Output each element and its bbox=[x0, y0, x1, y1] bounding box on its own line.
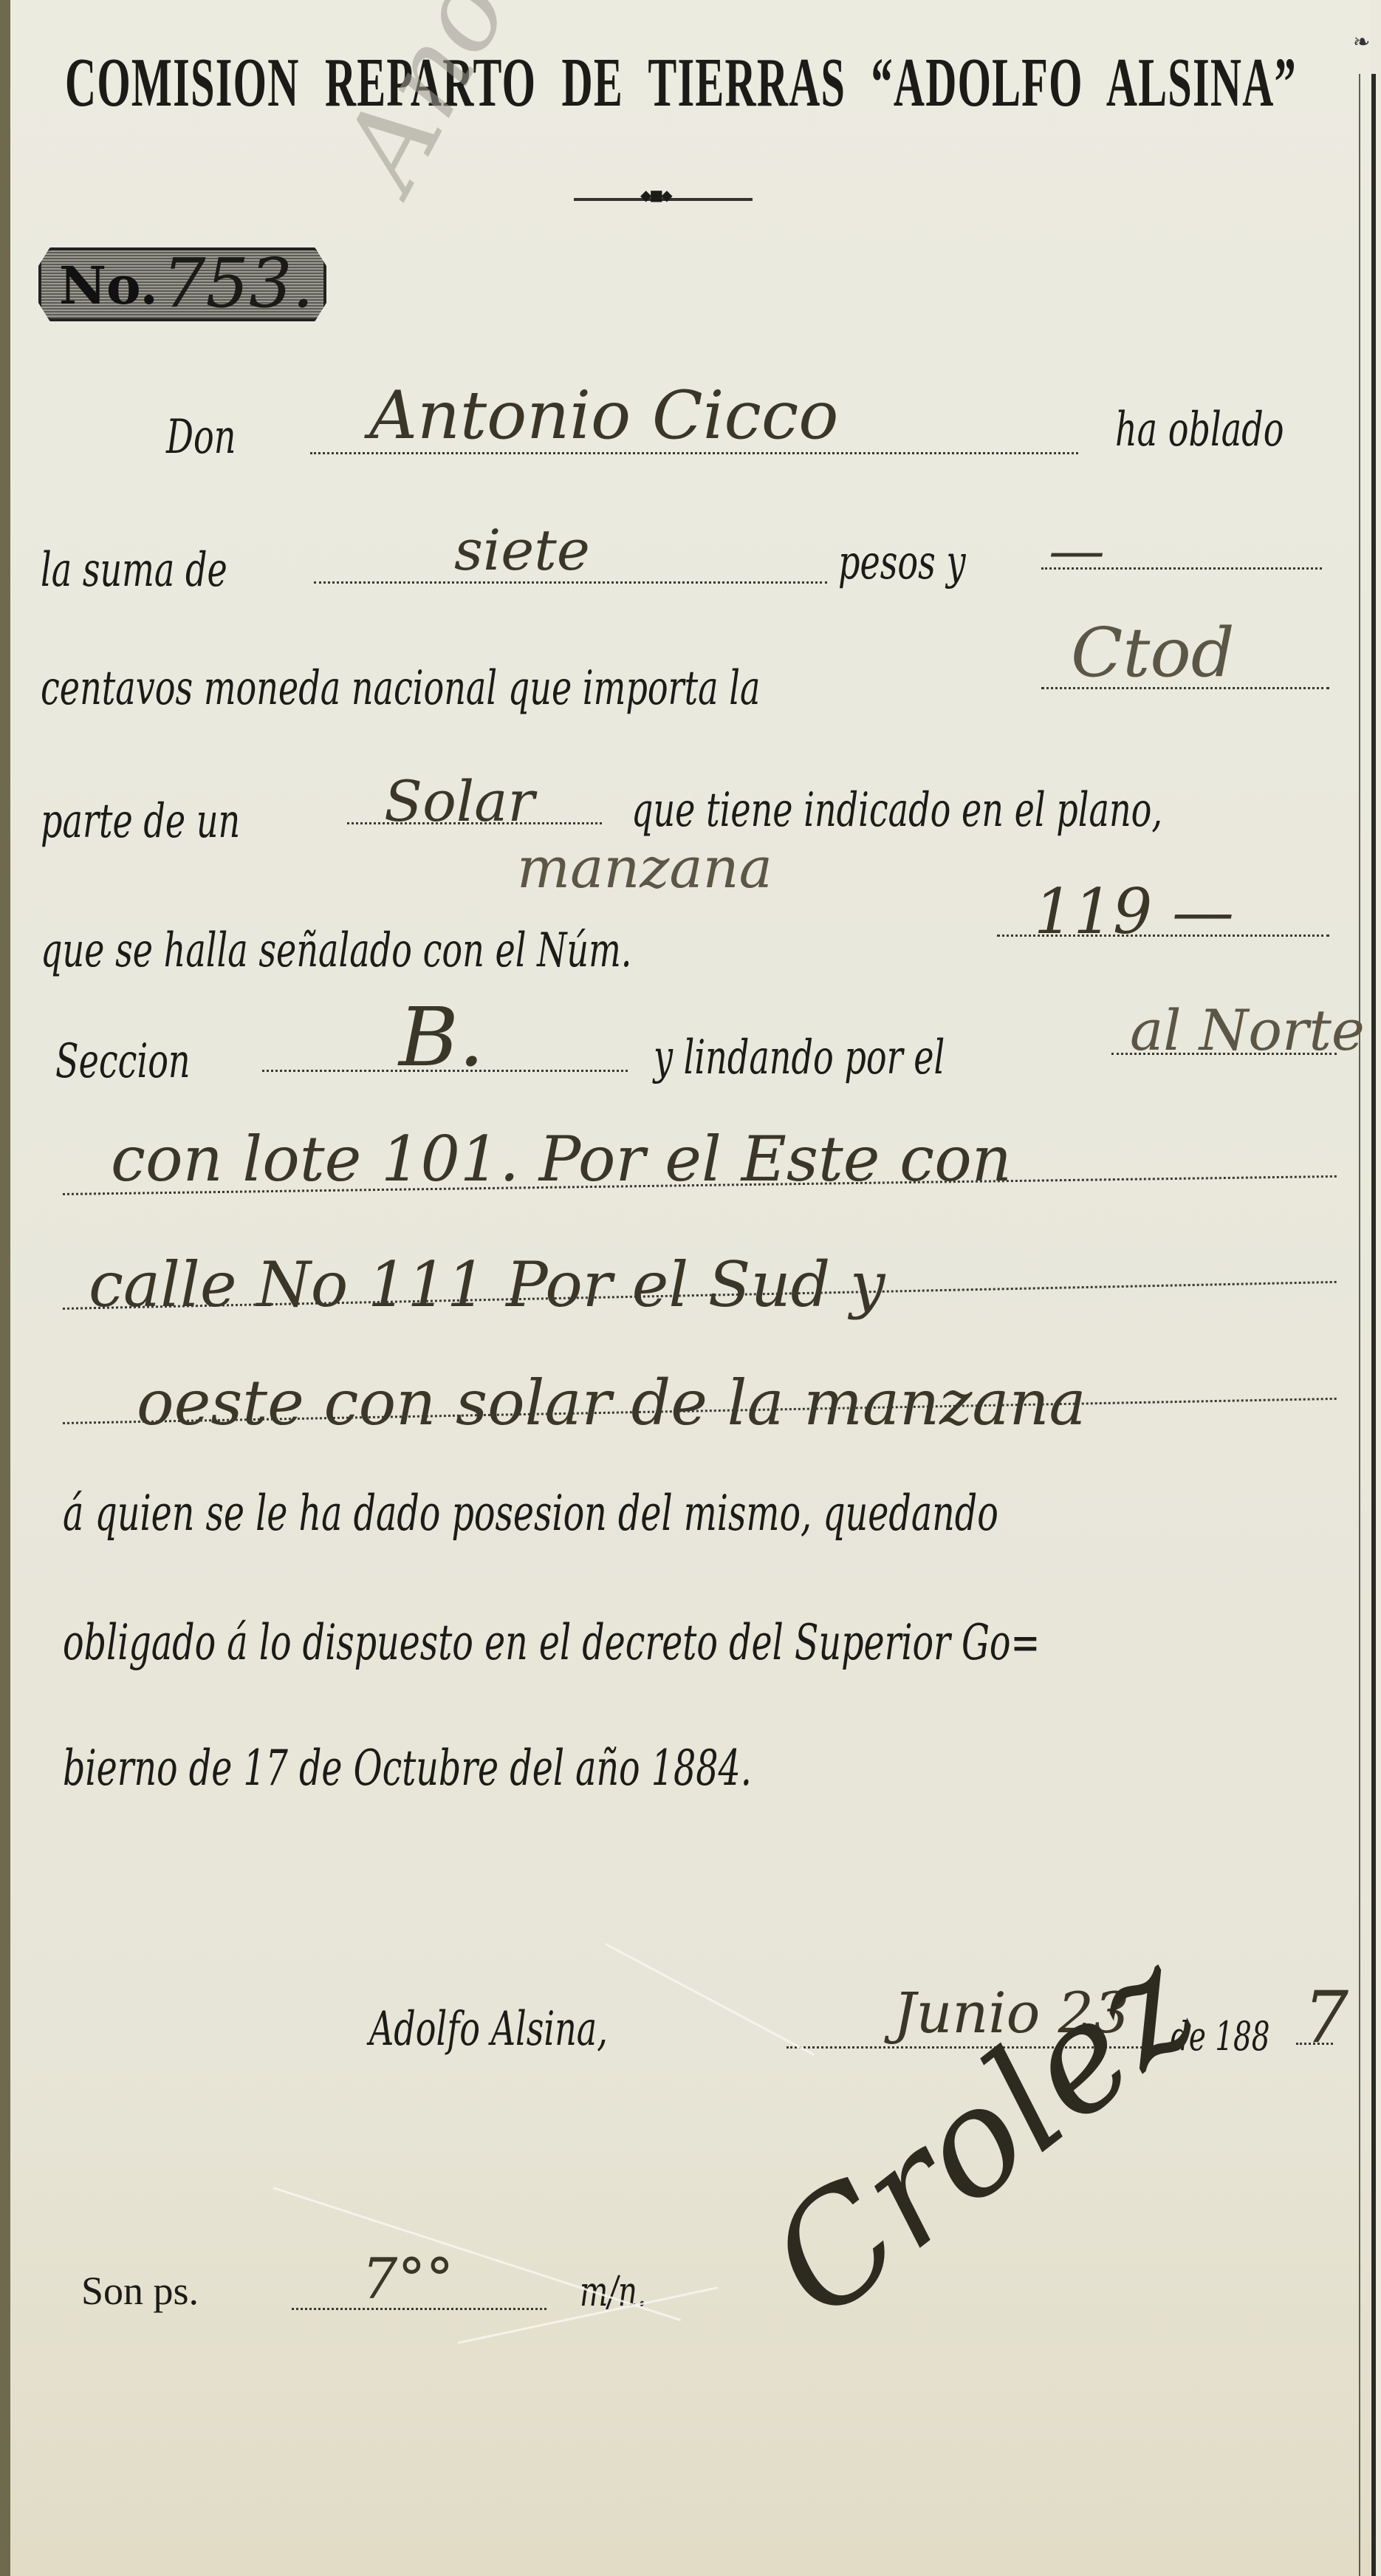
number-badge-value: 753. bbox=[162, 244, 314, 323]
handwritten-section: B. bbox=[399, 990, 484, 1084]
text-posesion: á quien se le ha dado posesion del mismo… bbox=[63, 1485, 998, 1542]
label-ha-oblado: ha oblado bbox=[1115, 403, 1284, 457]
handwritten-cents: — bbox=[1049, 517, 1105, 583]
handwritten-amount: 7°° bbox=[362, 2246, 453, 2312]
label-que-se-halla: que se halla señalado con el Núm. bbox=[41, 923, 631, 978]
handwritten-amount-words: siete bbox=[454, 517, 590, 583]
label-parte-de-un: parte de un bbox=[41, 794, 240, 849]
label-lindando-por-el: y lindando por el bbox=[654, 1031, 945, 1085]
text-obligado: obligado á lo dispuesto en el decreto de… bbox=[63, 1614, 1040, 1671]
text-decreto-fecha: bierno de 17 de Octubre del año 1884. bbox=[63, 1740, 752, 1797]
label-place: Adolfo Alsina, bbox=[369, 2002, 608, 2057]
handwritten-name: Antonio Cicco bbox=[369, 377, 839, 454]
handwritten-boundary-3: calle No 111 Por el Sud y bbox=[89, 1248, 885, 1321]
divider-ornament-icon bbox=[574, 198, 753, 201]
label-que-tiene-indicado: que tiene indicado en el plano, bbox=[631, 783, 1162, 838]
label-pesos-y: pesos y bbox=[838, 536, 965, 590]
margin-rule-thin bbox=[1359, 74, 1360, 2576]
label-seccion: Seccion bbox=[55, 1034, 191, 1089]
label-don: Don bbox=[166, 410, 236, 465]
handwritten-boundary-2: con lote 101. Por el Este con bbox=[111, 1123, 1012, 1195]
handwritten-fraction: Ctod bbox=[1071, 613, 1235, 692]
handwritten-property-type: Solar bbox=[384, 768, 535, 834]
label-son-ps: Son ps. bbox=[81, 2268, 199, 2314]
label-la-suma-de: la suma de bbox=[41, 543, 227, 598]
corner-flourish-icon: ❧ bbox=[1353, 30, 1370, 54]
handwritten-number: 119 — bbox=[1034, 875, 1234, 948]
handwritten-boundary-4: oeste con solar de la manzana bbox=[137, 1367, 1086, 1439]
margin-rule-thick bbox=[1371, 74, 1376, 2576]
label-centavos-moneda-nacional: centavos moneda nacional que importa la bbox=[41, 661, 760, 716]
number-badge-label: No. bbox=[59, 255, 158, 316]
handwritten-manzana: manzana bbox=[517, 835, 772, 901]
handwritten-year-digit: 7 bbox=[1303, 1976, 1349, 2059]
handwritten-boundary-1: al Norte bbox=[1130, 997, 1365, 1063]
